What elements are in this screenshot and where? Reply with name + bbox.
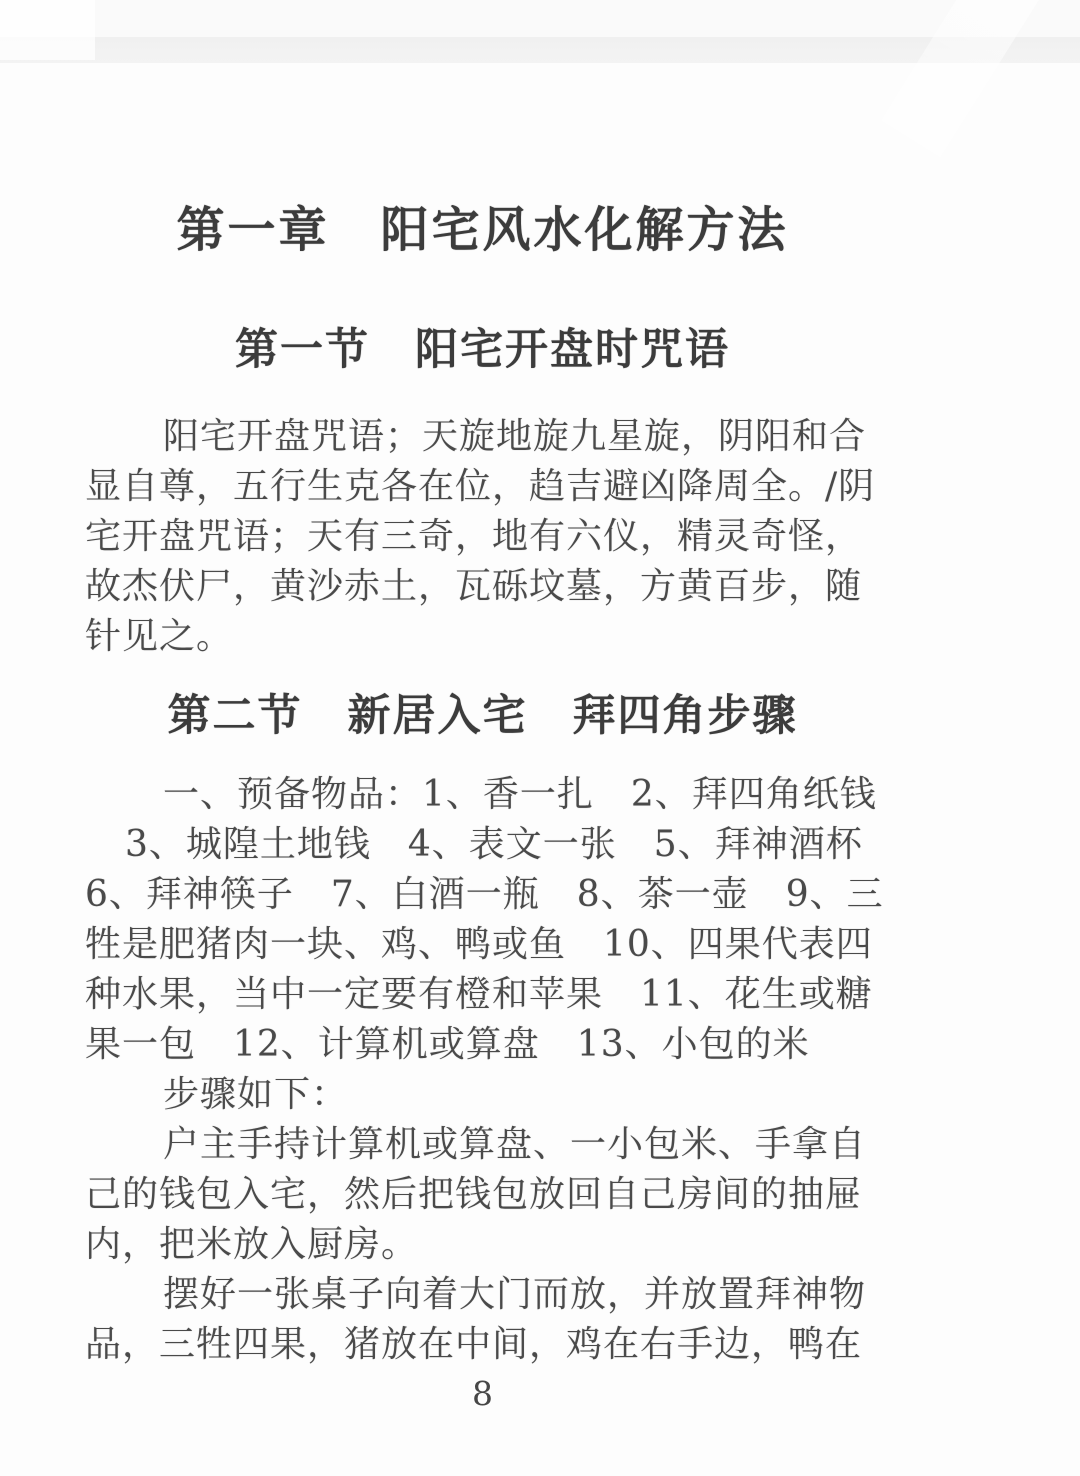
text-line: 果一包 12、计算机或算盘 13、小包的米 <box>85 1020 880 1070</box>
text-line: 显自尊，五行生克各在位，趋吉避凶降周全。/阴 <box>85 462 880 512</box>
text-line: 阳宅开盘咒语；天旋地旋九星旋，阴阳和合 <box>85 412 880 462</box>
text-line: 己的钱包入宅，然后把钱包放回自己房间的抽屉 <box>85 1170 880 1220</box>
text-line: 3、城隍土地钱 4、表文一张 5、拜神酒杯 <box>85 820 880 870</box>
section-1-title: 第一节 阳宅开盘时咒语 <box>85 322 880 378</box>
text-line: 摆好一张桌子向着大门而放，并放置拜神物 <box>85 1270 880 1320</box>
text-line: 步骤如下： <box>85 1070 880 1120</box>
page-content: 第一章 阳宅风水化解方法 第一节 阳宅开盘时咒语 阳宅开盘咒语；天旋地旋九星旋，… <box>85 0 880 1416</box>
section-2-steps-paragraph-1: 户主手持计算机或算盘、一小包米、手拿自己的钱包入宅，然后把钱包放回自己房间的抽屉… <box>85 1120 880 1270</box>
text-line: 故杰伏尸，黄沙赤土，瓦砾坟墓，方黄百步，随 <box>85 562 880 612</box>
text-line: 一、预备物品：1、香一扎 2、拜四角纸钱 <box>85 770 880 820</box>
section-2-items-paragraph: 一、预备物品：1、香一扎 2、拜四角纸钱3、城隍土地钱 4、表文一张 5、拜神酒… <box>85 770 880 1120</box>
book-page: 第一章 阳宅风水化解方法 第一节 阳宅开盘时咒语 阳宅开盘咒语；天旋地旋九星旋，… <box>0 0 1080 1476</box>
scan-artifact-corner-patch <box>0 0 95 60</box>
page-number: 8 <box>85 1372 880 1416</box>
section-2-title: 第二节 新居入宅 拜四角步骤 <box>85 688 880 744</box>
text-line: 品，三牲四果，猪放在中间，鸡在右手边，鸭在 <box>85 1320 880 1370</box>
section-1-paragraph: 阳宅开盘咒语；天旋地旋九星旋，阴阳和合显自尊，五行生克各在位，趋吉避凶降周全。/… <box>85 412 880 662</box>
section-2-steps-paragraph-2: 摆好一张桌子向着大门而放，并放置拜神物品，三牲四果，猪放在中间，鸡在右手边，鸭在 <box>85 1270 880 1370</box>
text-line: 户主手持计算机或算盘、一小包米、手拿自 <box>85 1120 880 1170</box>
text-line: 内，把米放入厨房。 <box>85 1220 880 1270</box>
text-line: 6、拜神筷子 7、白酒一瓶 8、茶一壶 9、三 <box>85 870 880 920</box>
chapter-title: 第一章 阳宅风水化解方法 <box>85 200 880 260</box>
text-line: 牲是肥猪肉一块、鸡、鸭或鱼 10、四果代表四 <box>85 920 880 970</box>
text-line: 针见之。 <box>85 612 880 662</box>
text-line: 种水果，当中一定要有橙和苹果 11、花生或糖 <box>85 970 880 1020</box>
text-line: 宅开盘咒语；天有三奇，地有六仪，精灵奇怪， <box>85 512 880 562</box>
